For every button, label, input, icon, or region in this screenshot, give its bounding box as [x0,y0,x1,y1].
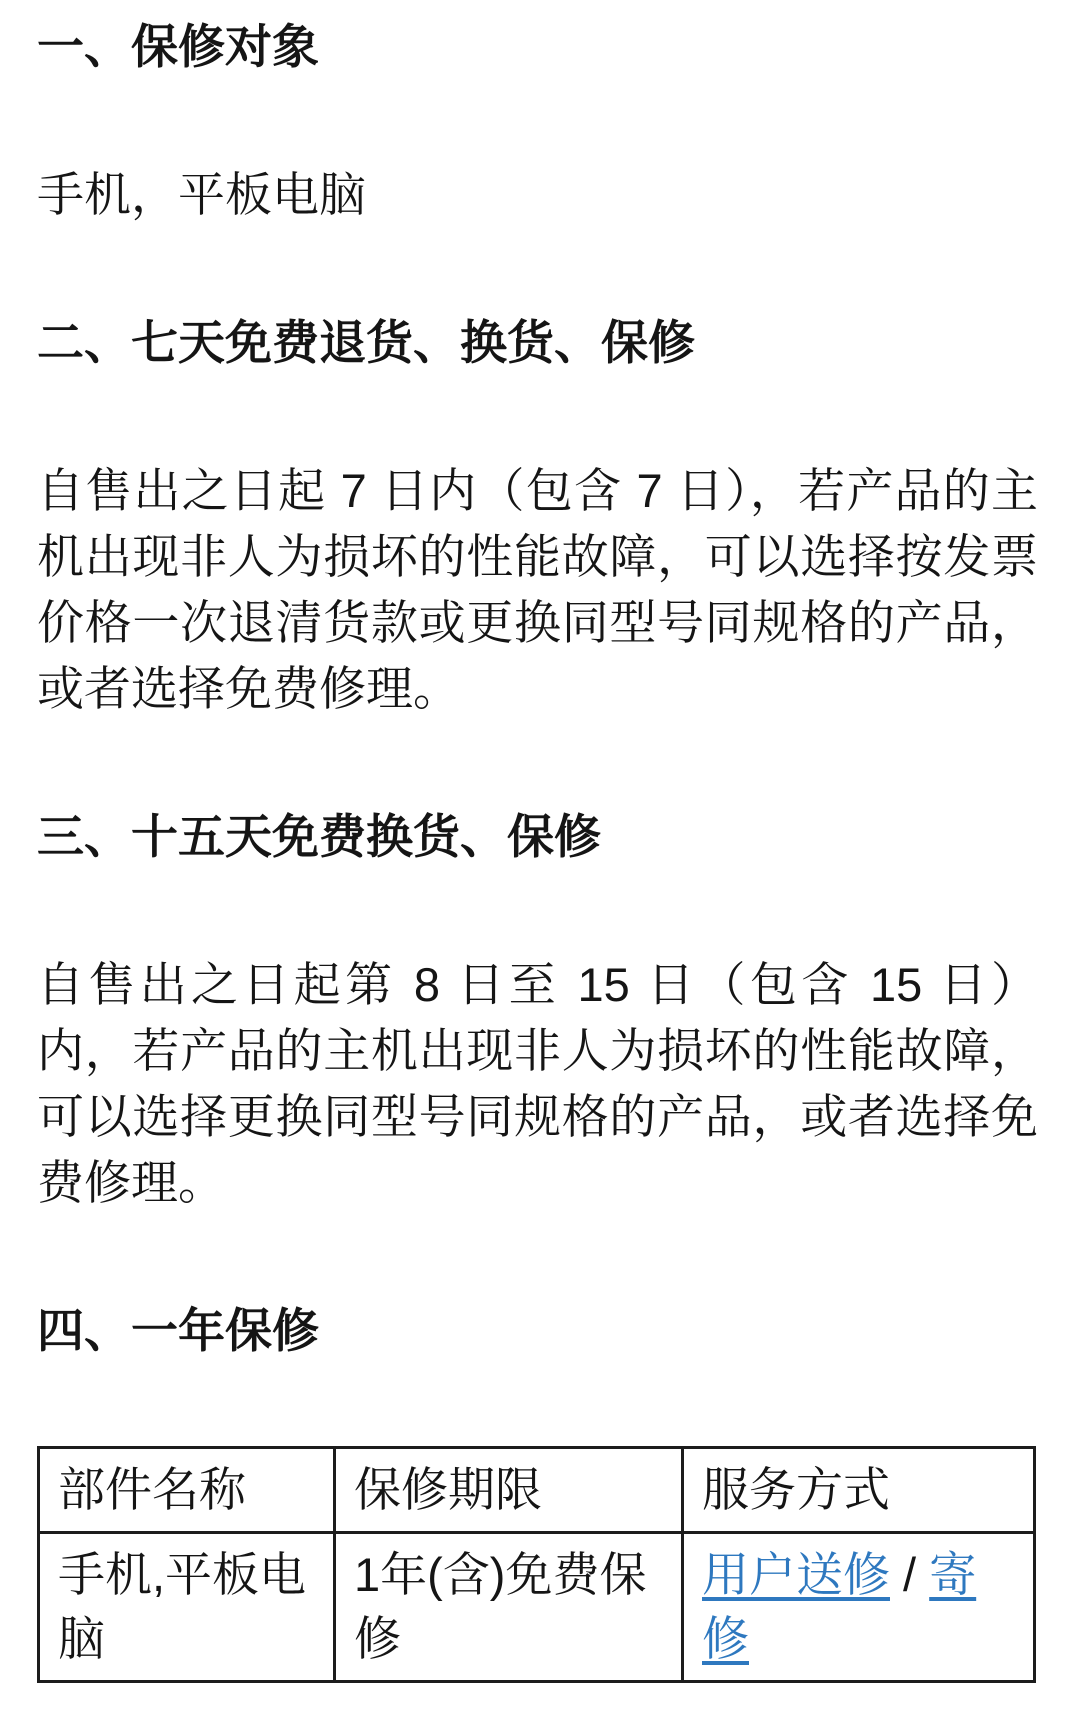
section-one-year-warranty: 四、一年保修 部件名称 保修期限 服务方式 手机,平板电脑 1年(含)免费保修 … [37,1298,1038,1683]
section-warranty-objects: 一、保修对象 手机，平板电脑 [37,14,1038,228]
section-3-body: 自售出之日起第 8 日至 15 日（包含 15 日）内，若产品的主机出现非人为损… [37,952,1038,1216]
page: { "colors": { "background": "#ffffff", "… [0,0,1068,1723]
cell-warranty-period: 1年(含)免费保修 [335,1533,683,1682]
section-1-heading: 一、保修对象 [37,14,1038,80]
table-header-warranty-period: 保修期限 [335,1448,683,1533]
section-1-body: 手机，平板电脑 [37,162,1038,228]
table-header-service-method: 服务方式 [683,1448,1035,1533]
cell-service-method: 用户送修 / 寄修 [683,1533,1035,1682]
table-header-row: 部件名称 保修期限 服务方式 [39,1448,1035,1533]
warranty-table: 部件名称 保修期限 服务方式 手机,平板电脑 1年(含)免费保修 用户送修 / … [37,1446,1036,1683]
section-3-heading: 三、十五天免费换货、保修 [37,804,1038,870]
link-user-delivery-repair[interactable]: 用户送修 [702,1548,890,1601]
section-2-heading: 二、七天免费退货、换货、保修 [37,310,1038,376]
cell-part-name: 手机,平板电脑 [39,1533,335,1682]
service-separator: / [890,1548,929,1601]
warranty-document: 一、保修对象 手机，平板电脑 二、七天免费退货、换货、保修 自售出之日起 7 日… [0,0,1068,1723]
warranty-table-header: 部件名称 保修期限 服务方式 [39,1448,1035,1533]
section-4-heading: 四、一年保修 [37,1298,1038,1364]
section-fifteen-day-policy: 三、十五天免费换货、保修 自售出之日起第 8 日至 15 日（包含 15 日）内… [37,804,1038,1216]
section-2-body: 自售出之日起 7 日内（包含 7 日），若产品的主机出现非人为损坏的性能故障，可… [37,458,1038,722]
section-seven-day-policy: 二、七天免费退货、换货、保修 自售出之日起 7 日内（包含 7 日），若产品的主… [37,310,1038,722]
table-row: 手机,平板电脑 1年(含)免费保修 用户送修 / 寄修 [39,1533,1035,1682]
table-header-part-name: 部件名称 [39,1448,335,1533]
